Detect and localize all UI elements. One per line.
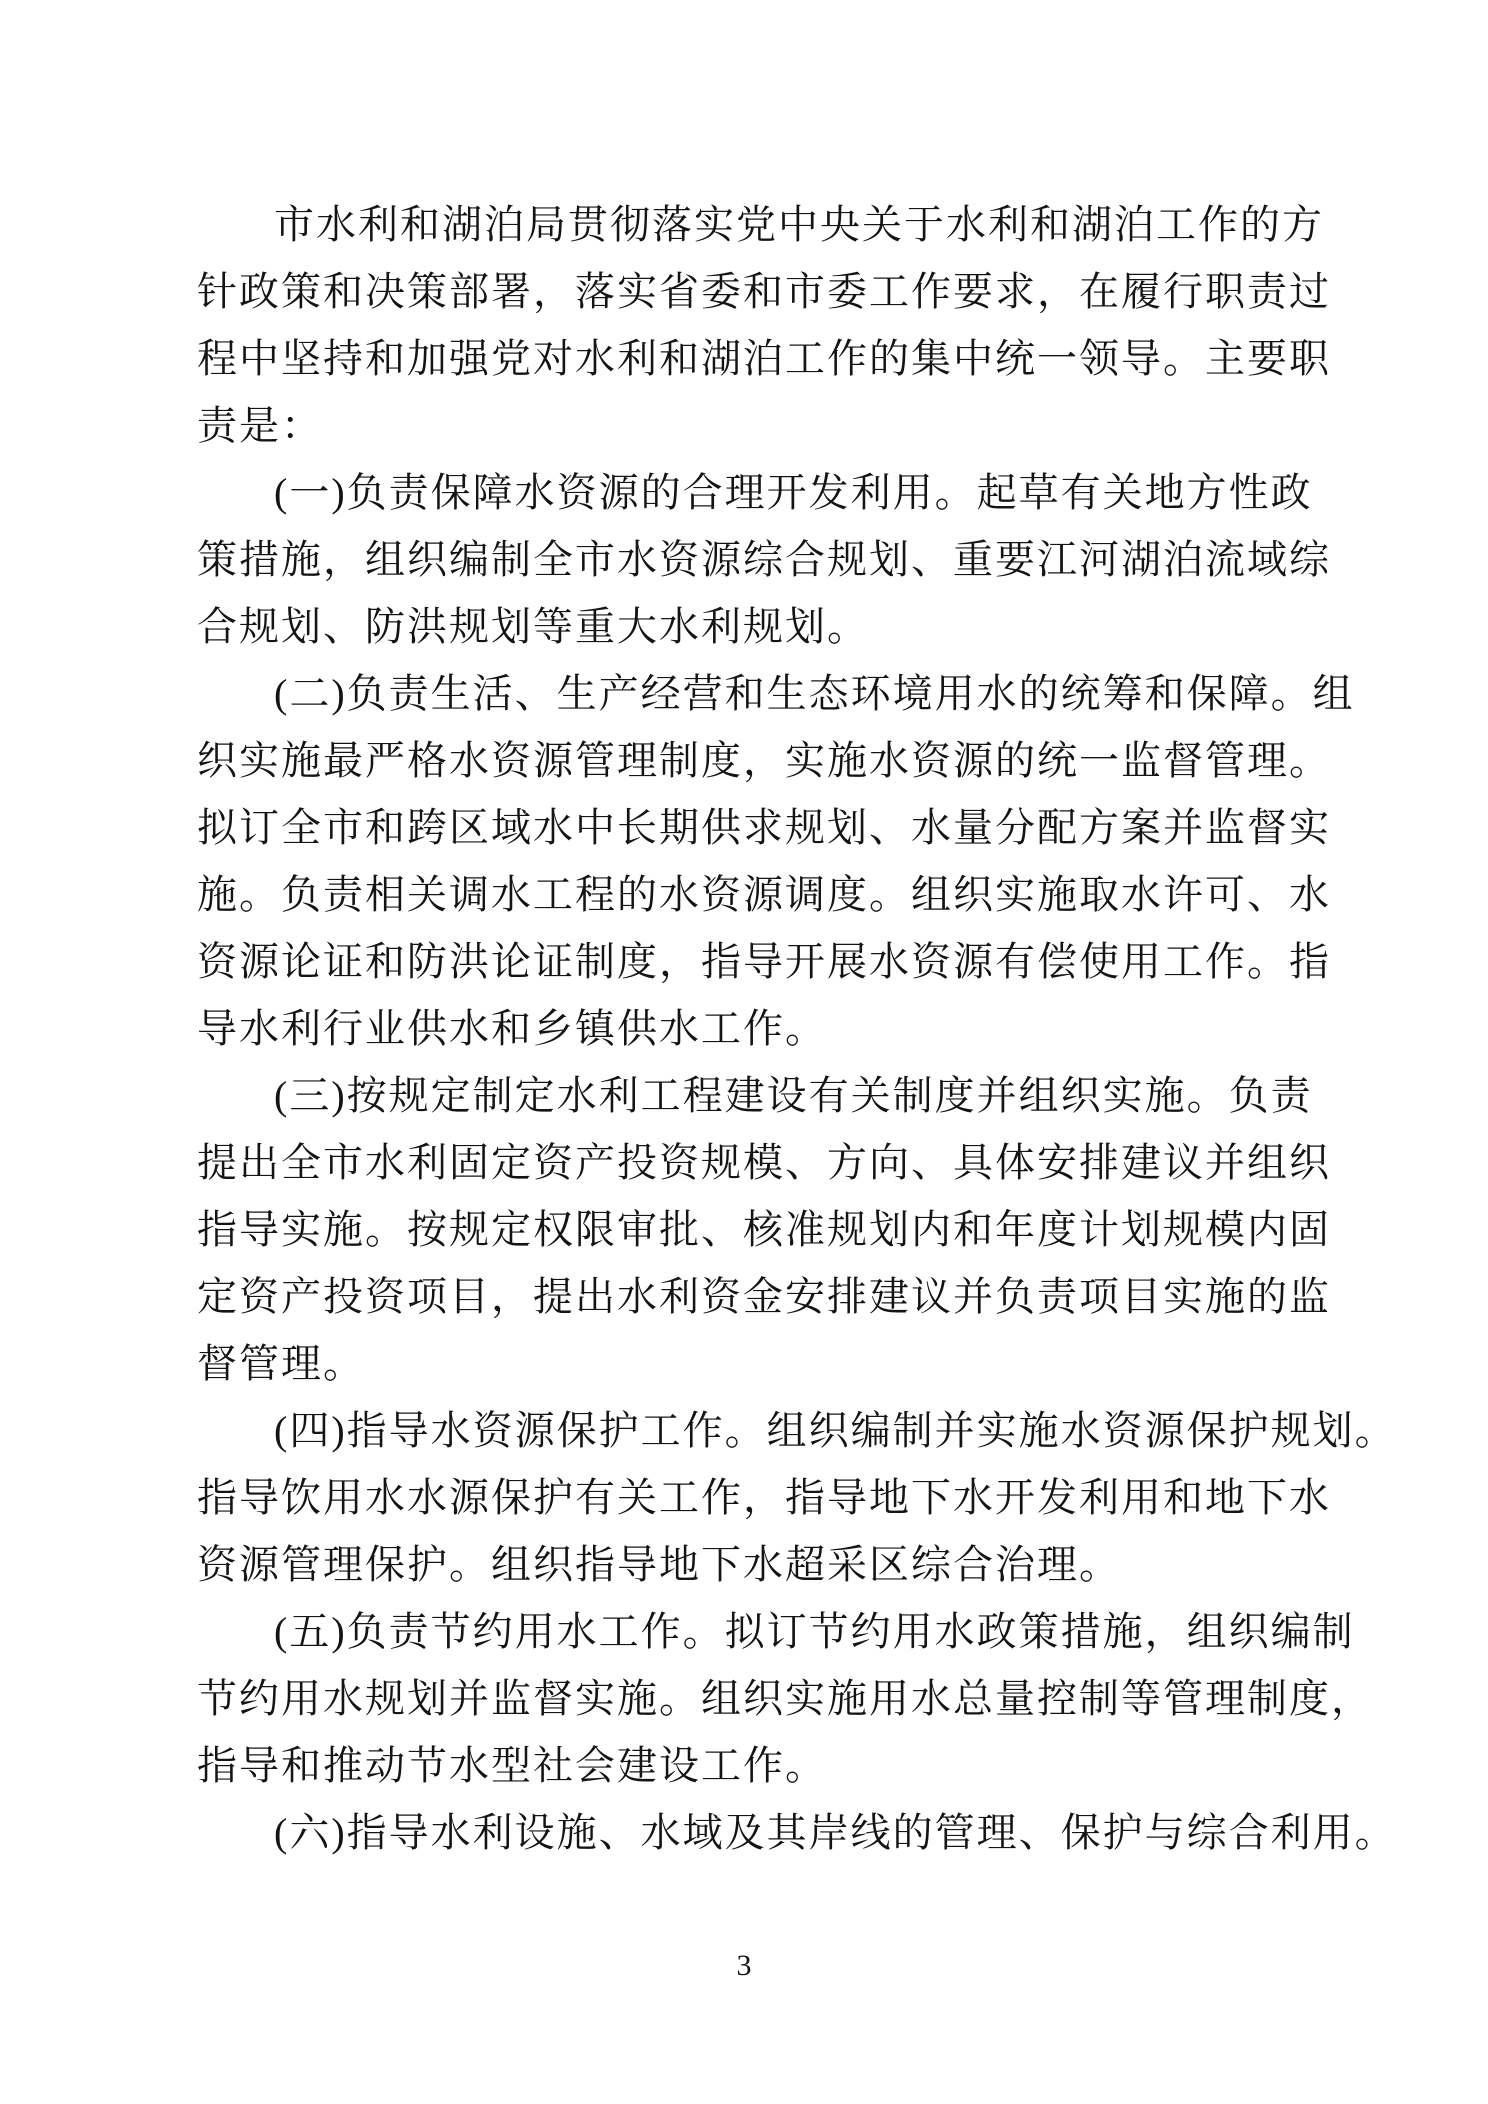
text-line: 责是： — [197, 392, 1377, 459]
document-page: 市水利和湖泊局贯彻落实党中央关于水利和湖泊工作的方 针政策和决策部署，落实省委和… — [0, 0, 1488, 2104]
text-line: 导水利行业供水和乡镇供水工作。 — [197, 995, 1377, 1062]
text-line: (四)指导水资源保护工作。组织编制并实施水资源保护规划。 — [197, 1397, 1377, 1464]
text-line: (一)负责保障水资源的合理开发利用。起草有关地方性政 — [197, 459, 1377, 526]
text-line: 策措施，组织编制全市水资源综合规划、重要江河湖泊流域综 — [197, 526, 1377, 593]
text-line: 市水利和湖泊局贯彻落实党中央关于水利和湖泊工作的方 — [197, 191, 1377, 258]
page-footer: 3 — [0, 1948, 1488, 1984]
text-line: 指导实施。按规定权限审批、核准规划内和年度计划规模内固 — [197, 1196, 1377, 1263]
text-line: 指导饮用水水源保护有关工作，指导地下水开发利用和地下水 — [197, 1464, 1377, 1531]
text-line: 指导和推动节水型社会建设工作。 — [197, 1732, 1377, 1799]
text-line: 程中坚持和加强党对水利和湖泊工作的集中统一领导。主要职 — [197, 325, 1377, 392]
document-body: 市水利和湖泊局贯彻落实党中央关于水利和湖泊工作的方 针政策和决策部署，落实省委和… — [197, 191, 1377, 1866]
text-line: 节约用水规划并监督实施。组织实施用水总量控制等管理制度， — [197, 1665, 1377, 1732]
text-line: 针政策和决策部署，落实省委和市委工作要求，在履行职责过 — [197, 258, 1377, 325]
text-line: 拟订全市和跨区域水中长期供求规划、水量分配方案并监督实 — [197, 794, 1377, 861]
text-line: 施。负责相关调水工程的水资源调度。组织实施取水许可、水 — [197, 861, 1377, 928]
page-number: 3 — [737, 1949, 752, 1982]
text-line: 织实施最严格水资源管理制度，实施水资源的统一监督管理。 — [197, 727, 1377, 794]
text-line: 提出全市水利固定资产投资规模、方向、具体安排建议并组织 — [197, 1129, 1377, 1196]
text-line: (三)按规定制定水利工程建设有关制度并组织实施。负责 — [197, 1062, 1377, 1129]
text-line: 定资产投资项目，提出水利资金安排建议并负责项目实施的监 — [197, 1263, 1377, 1330]
text-line: 资源论证和防洪论证制度，指导开展水资源有偿使用工作。指 — [197, 928, 1377, 995]
text-line: (六)指导水利设施、水域及其岸线的管理、保护与综合利用。 — [197, 1799, 1377, 1866]
text-line: 资源管理保护。组织指导地下水超采区综合治理。 — [197, 1531, 1377, 1598]
text-line: (二)负责生活、生产经营和生态环境用水的统筹和保障。组 — [197, 660, 1377, 727]
text-line: 督管理。 — [197, 1330, 1377, 1397]
text-line: (五)负责节约用水工作。拟订节约用水政策措施，组织编制 — [197, 1598, 1377, 1665]
text-line: 合规划、防洪规划等重大水利规划。 — [197, 593, 1377, 660]
